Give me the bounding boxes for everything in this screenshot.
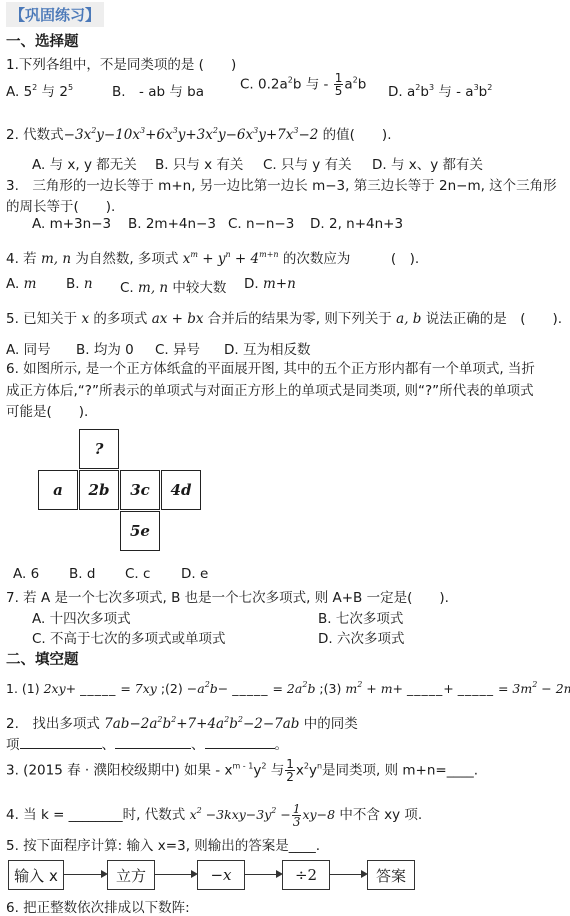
q2-option-c: C. 只与 y 有关 [263,153,352,173]
arrow-icon [330,874,366,875]
q6-option-d: D. e [181,566,208,582]
q7-option-a: A. 十四次多项式 [32,607,131,627]
q4-stem: 4. 若 m, n 为自然数, 多项式 xm + yn + 4m+n 的次数应为… [6,247,419,267]
flow-cube: 立方 [107,860,155,890]
q1-stem: 1.下列各组中，不是同类项的是 ( ) [6,53,236,73]
q3-stem-line2: 的周长等于( ). [6,195,115,215]
q1-option-a: A. 52 与 25 [6,80,73,100]
q7-option-d: D. 六次多项式 [318,627,404,647]
net-cell-5e: 5e [120,511,160,551]
q5-stem: 5. 已知关于 x 的多项式 ax + bx 合并后的结果为零, 则下列关于 a… [6,307,562,327]
q3-option-b: B. 2m+4n−3 [128,216,216,232]
q7-option-c: C. 不高于七次的多项式或单项式 [32,627,226,647]
q3-option-c: C. n−n−3 [228,216,294,232]
q3-option-a: A. m+3n−3 [32,216,111,232]
q6-stem-line3: 可能是( ). [6,400,88,420]
f4-stem: 4. 当 k = ________时, 代数式 x2 −3kxy−3y2 −13… [6,803,422,828]
arrow-icon [64,874,106,875]
section-title-fill: 二、填空题 [6,648,79,669]
f5-stem: 5. 按下面程序计算: 输入 x=3, 则输出的答案是____. [6,834,320,854]
q6-option-c: C. c [125,566,150,582]
q6-option-a: A. 6 [13,566,39,582]
q5-option-a: A. 同号 [6,338,51,358]
q1-option-b: B. - ab 与 ba [112,80,204,100]
flow-input-x: 输入 x [8,860,64,890]
q2-option-a: A. 与 x, y 都无关 [32,153,137,173]
arrow-icon [245,874,281,875]
q7-stem: 7. 若 A 是一个七次多项式, B 也是一个七次多项式, 则 A+B 一定是(… [6,586,449,606]
arrow-icon [155,874,196,875]
f1-stem: 1. (1) 2xy+ _____ = 7xy ;(2) −a2b− _____… [6,680,570,696]
net-cell-2b: 2b [79,470,119,510]
q3-stem-line1: 3. 三角形的一边长等于 m+n, 另一边比第一边长 m−3, 第三边长等于 2… [6,174,557,194]
q1-option-c: C. 0.2a2b 与 - 15a2b [240,72,366,97]
f2-line1: 2. 找出多项式 7ab−2a2b2+7+4a2b2−2−7ab 中的同类 [6,712,358,732]
q5-option-b: B. 均为 0 [76,338,134,358]
q1-option-d: D. a2b3 与 - a3b2 [388,80,492,100]
flow-minus-x: −x [197,860,245,890]
f6-stem: 6. 把正整数依次排成以下数阵: [6,896,190,916]
q7-option-b: B. 七次多项式 [318,607,403,627]
net-cell-4d: 4d [161,470,201,510]
flow-answer: 答案 [367,860,415,890]
q6-stem-line1: 6. 如图所示, 是一个正方体纸盒的平面展开图, 其中的五个正方形内都有一个单项… [6,357,535,377]
q6-option-b: B. d [69,566,95,582]
q4-option-c: C. m, n 中较大数 [120,276,226,296]
net-cell-a: a [38,470,78,510]
q4-option-d: D. m+n [244,276,296,292]
section-tag: 【巩固练习】 [6,2,104,27]
net-cell-top: ? [79,429,119,469]
q5-option-c: C. 异号 [155,338,200,358]
f2-blank-2[interactable] [115,736,191,749]
q2-option-b: B. 只与 x 有关 [155,153,243,173]
f2-line2: 项、、。 [6,733,288,753]
q2-stem: 2. 代数式−3x2y−10x3+6x3y+3x2y−6x3y+7x3−2 的值… [6,123,392,143]
q4-option-b: B. n [66,276,93,292]
q2-option-d: D. 与 x、y 都有关 [372,153,483,173]
q5-option-d: D. 互为相反数 [224,338,310,358]
net-cell-3c: 3c [120,470,160,510]
q4-option-a: A. m [6,276,36,292]
q3-option-d: D. 2, n+4n+3 [310,216,403,232]
f2-blank-3[interactable] [205,736,275,749]
flow-divide-2: ÷2 [282,860,330,890]
q6-stem-line2: 成正方体后,“?”所表示的单项式与对面正方形上的单项式是同类项, 则“?”所代表… [6,379,534,399]
section-title-choice: 一、选择题 [6,30,79,51]
f3-stem: 3. (2015 春 · 濮阳校级期中) 如果 - xm - 1y2 与12x2… [6,758,478,783]
f2-blank-1[interactable] [20,736,102,749]
